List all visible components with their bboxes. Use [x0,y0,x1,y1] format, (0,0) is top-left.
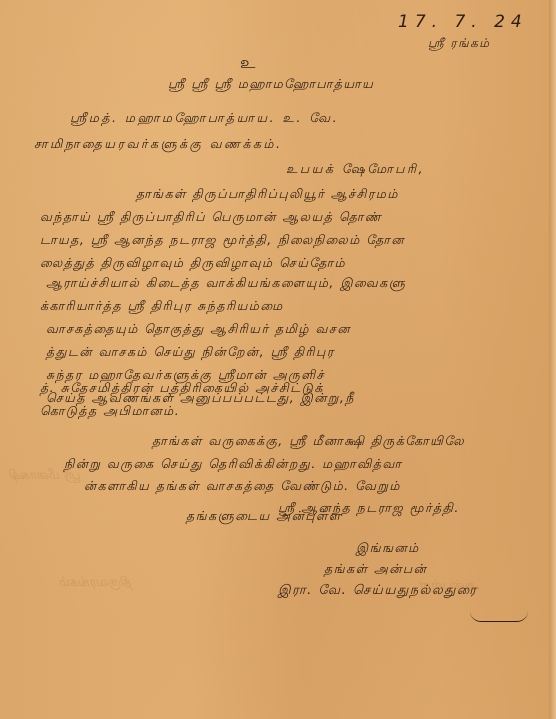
addressee-line-2: சாமிநாதையரவர்களுக்கு வணக்கம். [34,136,282,153]
letter-place: ஸ்ரீ ரங்கம் [428,36,490,52]
signature: இரா. வே. செய்யதுநல்லதுரை [278,583,477,599]
closing-line-3: தங்கள் அன்பன் [324,561,427,578]
paragraph2-line: ன்களாகிய தங்கள் வாசகத்தை வேண்டும். வேறும… [84,478,401,495]
paragraph1-line: க்காரியார்த்த ஸ்ரீ திரிபுர சுந்தரியம்மை [40,298,284,315]
paragraph2-line: தாங்கள் வருகைக்கு, ஸ்ரீ மீனாக்ஷி திருக்க… [152,433,465,450]
addressee-line-1: ஸ்ரீமத். மஹாமஹோபாத்யாய. உ. வே. [70,110,339,127]
paragraph1-line: கொடுத்த அபிமானம். [40,403,180,420]
closing-line-2: இங்ஙனம் [356,540,420,557]
paper-edge [549,0,556,719]
paragraph1-line: வாசகத்தையும் தொகுத்து ஆசிரியர் தமிழ் வசன [46,321,351,338]
salutation-line: ஸ்ரீ ஸ்ரீ ஸ்ரீ மஹாமஹோபாத்யாய [168,76,374,93]
paragraph1-line: த்துடன் வாசகம் செய்து நின்றேன், ஸ்ரீ திர… [46,344,335,361]
greeting-line: உபயக் ஷேமோபரி, [286,161,425,178]
paragraph1-line: ஆராய்ச்சியால் கிடைத்த வாக்கியங்களையும், … [46,275,406,292]
paragraph2-line: நின்று வருகை செய்து தெரிவிக்கின்றது. மஹா… [64,456,402,473]
paragraph1-line: டாயத, ஸ்ரீ ஆனந்த நடராஜ மூர்த்தி, நிலைநில… [40,232,405,249]
paragraph1-line: த். சுதேசமித்திரன் பத்திரிகையில் அச்சிட்… [40,380,324,397]
paragraph1-line: தாங்கள் திருப்பாதிரிப்புலியூர் ஆச்சிரமம் [136,186,399,203]
letter-date: 17. 7. 24 [398,12,528,32]
signature-flourish [470,611,528,622]
paragraph1-line: வந்தாய் ஸ்ரீ திருப்பாதிரிப் பெருமான் ஆலய… [40,209,382,226]
paragraph1-line: லைத்துத் திருவிழாவும் திருவிழாவும் செய்த… [40,255,346,272]
bleed-through-text: திருவரங்கம் [60,575,132,591]
invocation-mark: உ [240,53,257,75]
closing-line: தங்களுடைய அன்புள்ள [186,508,342,525]
